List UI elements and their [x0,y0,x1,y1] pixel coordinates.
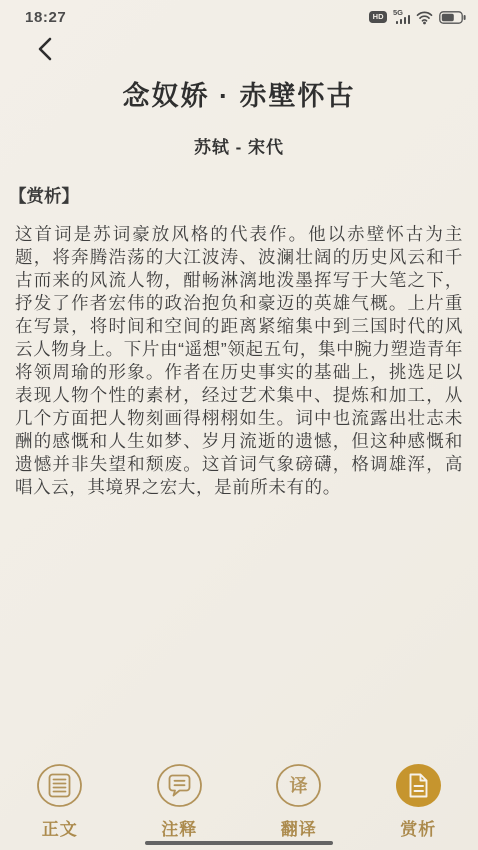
tab-label-annotations: 注释 [161,815,197,840]
translate-char: 译 [290,775,308,796]
screen: 18:27 HD 5G 念奴娇 · 赤壁怀古 苏 [0,0,478,850]
signal-bars-icon [396,15,410,25]
hd-badge-icon: HD [369,11,387,24]
cellular-signal-icon: 5G [393,9,410,25]
tab-analysis[interactable]: 赏析 [359,762,478,840]
author-dynasty: 苏轼 - 宋代 [0,133,478,158]
status-time: 18:27 [25,9,66,26]
tab-bar: 正文 注释 译 翻译 [0,762,478,840]
section-label: 【赏析】 [9,183,463,208]
tab-translation[interactable]: 译 翻译 [239,762,359,840]
tab-label-translation: 翻译 [281,815,317,840]
analysis-document-icon [395,762,442,809]
comment-bubble-icon [156,762,203,809]
status-icons: HD 5G [369,9,466,25]
status-bar: 18:27 HD 5G [0,0,478,30]
tab-label-analysis: 赏析 [400,815,436,840]
back-chevron-icon [31,34,61,64]
back-button[interactable] [28,32,64,68]
text-document-icon [36,762,83,809]
tab-annotations[interactable]: 注释 [120,762,240,840]
home-indicator[interactable] [145,841,333,845]
translate-icon: 译 [275,762,322,809]
wifi-icon [416,10,433,25]
battery-icon [439,11,466,24]
analysis-paragraph: 这首词是苏词豪放风格的代表作。他以赤壁怀古为主题，将奔腾浩荡的大江波涛、波澜壮阔… [15,223,463,499]
tab-main-text[interactable]: 正文 [0,762,120,840]
tab-label-main-text: 正文 [42,815,78,840]
